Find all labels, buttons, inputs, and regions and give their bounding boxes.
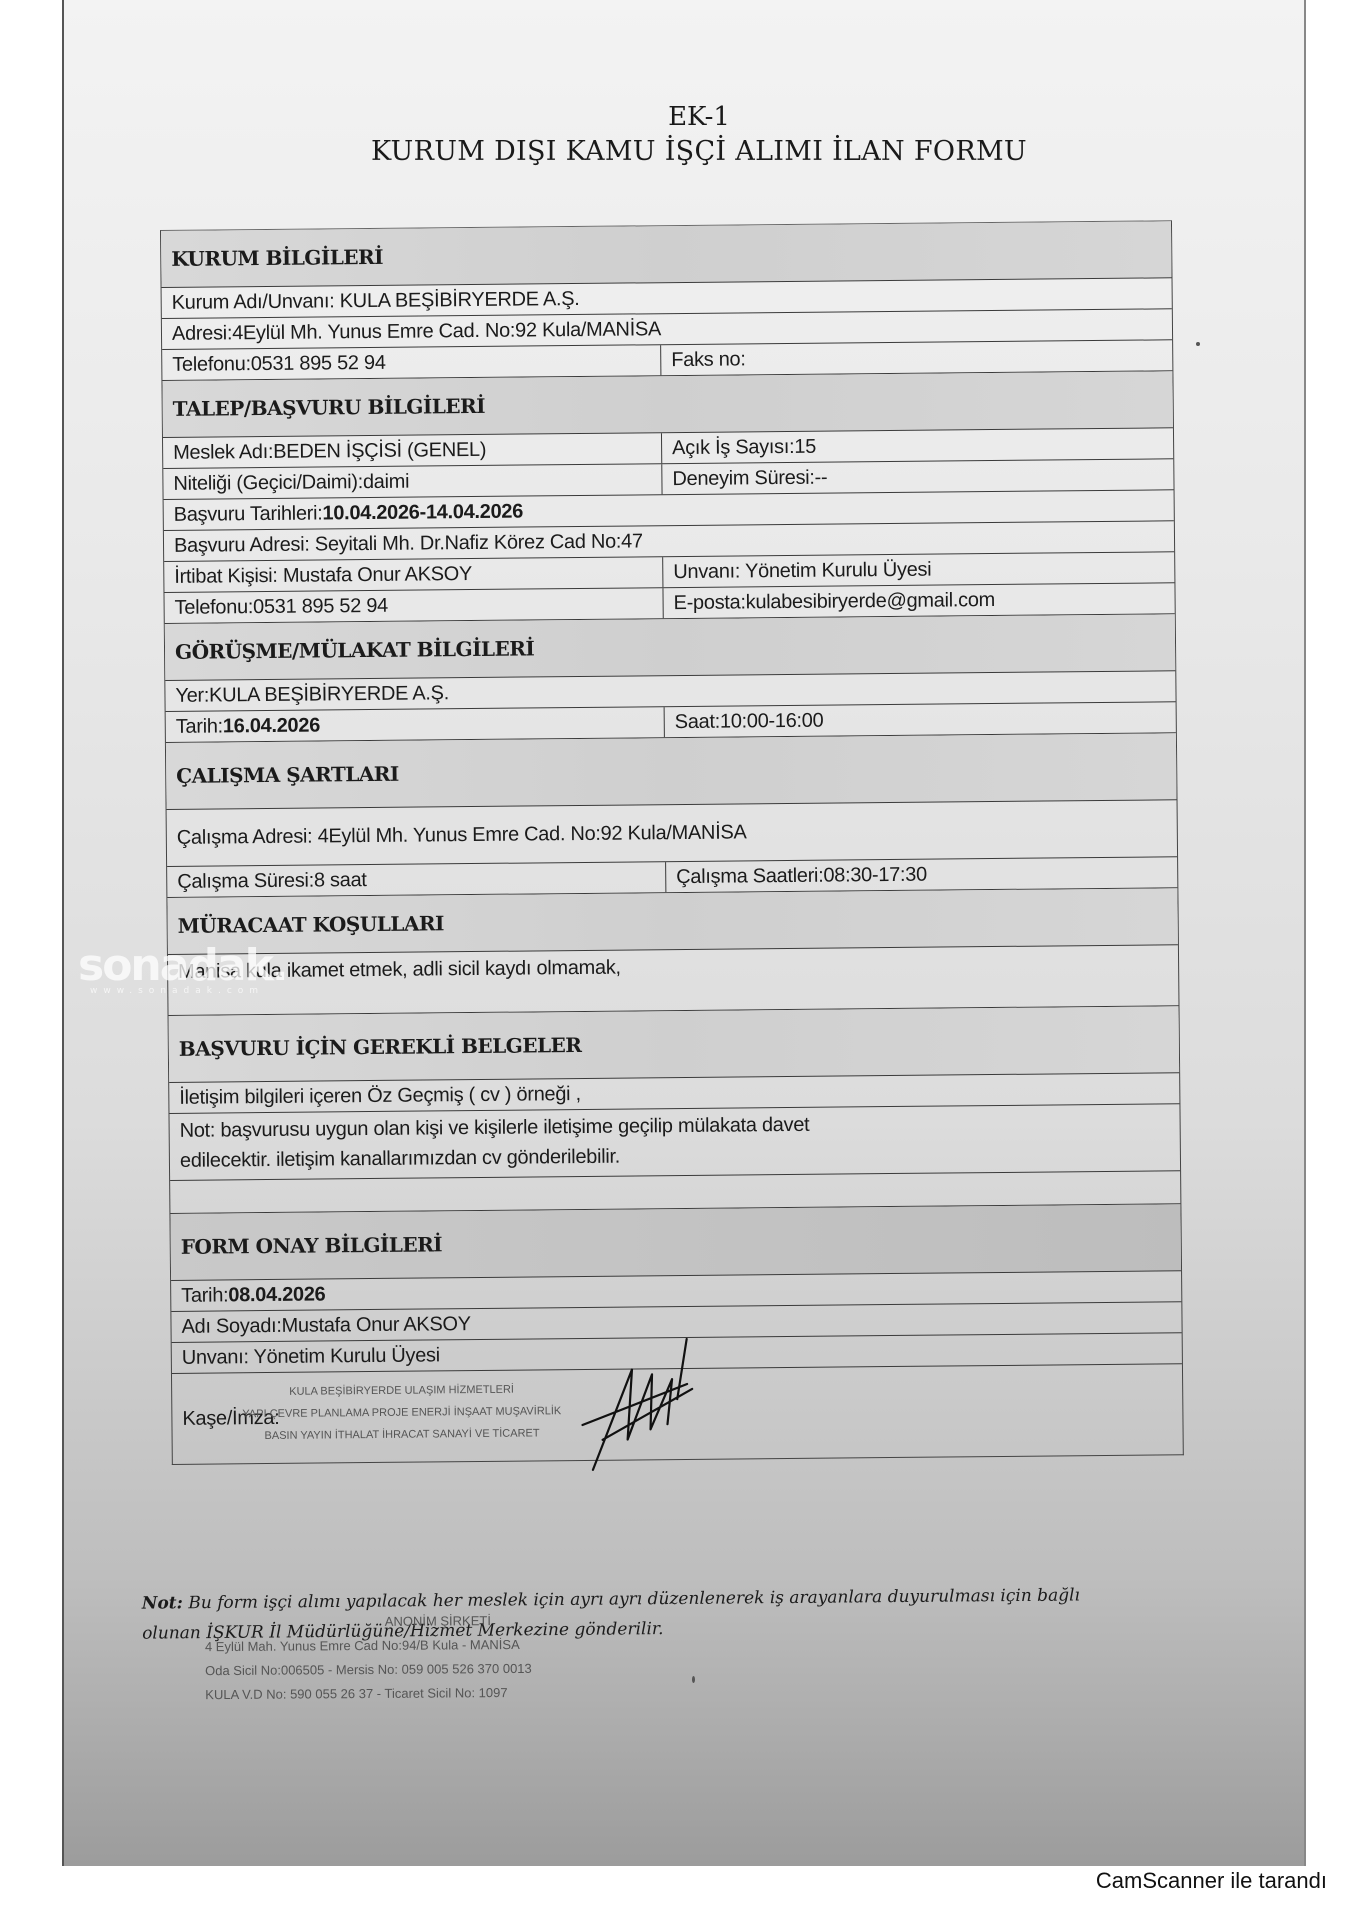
stamp-line: Oda Sicil No:006505 - Mersis No: 059 005… bbox=[205, 1657, 532, 1683]
documents-note: Not: başvurusu uygun olan kişi ve kişile… bbox=[169, 1104, 1180, 1180]
stamp-line: KULA V.D No: 590 055 26 37 - Ticaret Sic… bbox=[205, 1681, 532, 1707]
experience-duration: Deneyim Süresi:-- bbox=[662, 459, 1173, 494]
company-stamp-lower: ANONİM ŞİRKETİ 4 Eylül Mah. Yunus Emre C… bbox=[205, 1609, 532, 1707]
section-belgeler: BAŞVURU İÇİN GEREKLİ BELGELER bbox=[169, 1006, 1180, 1083]
section-kurum: KURUM BİLGİLERİ bbox=[161, 221, 1172, 288]
work-duration: Çalışma Süresi:8 saat bbox=[167, 862, 666, 897]
interview-date-label: Tarih: bbox=[176, 713, 223, 739]
work-address: Çalışma Adresi: 4Eylül Mh. Yunus Emre Ca… bbox=[167, 800, 1177, 866]
stamp-line: YAPI ÇEVRE PLANLAMA PROJE ENERJİ İNŞAAT … bbox=[242, 1400, 561, 1425]
stamp-line: 4 Eylül Mah. Yunus Emre Cad No:94/B Kula… bbox=[205, 1633, 532, 1659]
stamp-line: BASIN YAYIN İTHALAT İHRACAT SANAYİ VE Tİ… bbox=[242, 1422, 561, 1447]
form-row: Çalışma Adresi: 4Eylül Mh. Yunus Emre Ca… bbox=[167, 800, 1178, 867]
contact-phone: Telefonu:0531 895 52 94 bbox=[164, 588, 663, 623]
section-heading: BAŞVURU İÇİN GEREKLİ BELGELER bbox=[169, 1006, 1180, 1082]
application-dates-label: Başvuru Tarihleri: bbox=[174, 500, 323, 527]
section-heading: MÜRACAAT KOŞULLARI bbox=[167, 888, 1177, 954]
speck bbox=[692, 1676, 695, 1683]
open-positions: Açık İş Sayısı:15 bbox=[662, 428, 1173, 463]
interview-date: Tarih:16.04.2026 bbox=[166, 707, 665, 742]
approval-date-value: 08.04.2026 bbox=[228, 1281, 325, 1308]
section-gorusme: GÖRÜŞME/MÜLAKAT BİLGİLERİ bbox=[165, 614, 1176, 681]
institution-phone: Telefonu:0531 895 52 94 bbox=[162, 345, 661, 380]
signature-row: Kaşe/İmza: KULA BEŞİBİRYERDE ULAŞIM HİZM… bbox=[172, 1364, 1183, 1464]
application-dates-value: 10.04.2026-14.04.2026 bbox=[322, 499, 523, 527]
stamp-line: ANONİM ŞİRKETİ bbox=[385, 1609, 532, 1634]
section-onay: FORM ONAY BİLGİLERİ bbox=[170, 1204, 1181, 1281]
section-calisma: ÇALIŞMA ŞARTLARI bbox=[166, 733, 1177, 810]
section-heading: ÇALIŞMA ŞARTLARI bbox=[166, 733, 1177, 809]
approval-date-label: Tarih: bbox=[181, 1282, 228, 1308]
company-stamp: KULA BEŞİBİRYERDE ULAŞIM HİZMETLERİ YAPI… bbox=[242, 1378, 562, 1447]
section-talep: TALEP/BAŞVURU BİLGİLERİ bbox=[162, 371, 1173, 438]
form-row: Manisa kula ikamet etmek, adli sicil kay… bbox=[168, 945, 1179, 1016]
footnote-label: Not: bbox=[142, 1593, 183, 1613]
contact-title: Unvanı: Yönetim Kurulu Üyesi bbox=[663, 552, 1174, 587]
annex-label: EK-1 bbox=[94, 102, 1304, 132]
watermark-url: www.sonadak.com bbox=[90, 986, 264, 996]
section-muracaat: MÜRACAAT KOŞULLARI bbox=[167, 888, 1178, 955]
job-posting-form: KURUM BİLGİLERİ Kurum Adı/Unvanı: KULA B… bbox=[160, 220, 1184, 1465]
work-hours: Çalışma Saatleri:08:30-17:30 bbox=[666, 857, 1177, 892]
contact-person: İrtibat Kişisi: Mustafa Onur AKSOY bbox=[164, 557, 663, 592]
section-heading: GÖRÜŞME/MÜLAKAT BİLGİLERİ bbox=[165, 614, 1175, 680]
footnote-text: Bu form işçi alımı yapılacak her meslek … bbox=[183, 1585, 1080, 1613]
contact-email: E-posta:kulabesibiryerde@gmail.com bbox=[663, 583, 1174, 618]
interview-date-value: 16.04.2026 bbox=[223, 712, 320, 739]
document-title: KURUM DIŞI KAMU İŞÇİ ALIMI İLAN FORMU bbox=[94, 136, 1304, 167]
section-heading: TALEP/BAŞVURU BİLGİLERİ bbox=[162, 371, 1172, 437]
stamp-line: KULA BEŞİBİRYERDE ULAŞIM HİZMETLERİ bbox=[242, 1378, 561, 1403]
document-title-block: EK-1 KURUM DIŞI KAMU İŞÇİ ALIMI İLAN FOR… bbox=[64, 102, 1304, 167]
section-heading: FORM ONAY BİLGİLERİ bbox=[170, 1204, 1181, 1280]
watermark-logo: sonadak. bbox=[78, 940, 287, 991]
occupation-name: Meslek Adı:BEDEN İŞÇİSİ (GENEL) bbox=[163, 433, 662, 468]
speck bbox=[1196, 342, 1200, 346]
employment-nature: Niteliği (Geçici/Daimi):daimi bbox=[163, 464, 662, 499]
section-heading: KURUM BİLGİLERİ bbox=[161, 221, 1171, 287]
form-row: Not: başvurusu uygun olan kişi ve kişile… bbox=[169, 1104, 1180, 1181]
signature-icon bbox=[572, 1329, 713, 1480]
institution-fax: Faks no: bbox=[661, 340, 1172, 375]
interview-time: Saat:10:00-16:00 bbox=[665, 702, 1176, 737]
scanner-watermark: CamScanner ile tarandı bbox=[1096, 1868, 1327, 1894]
